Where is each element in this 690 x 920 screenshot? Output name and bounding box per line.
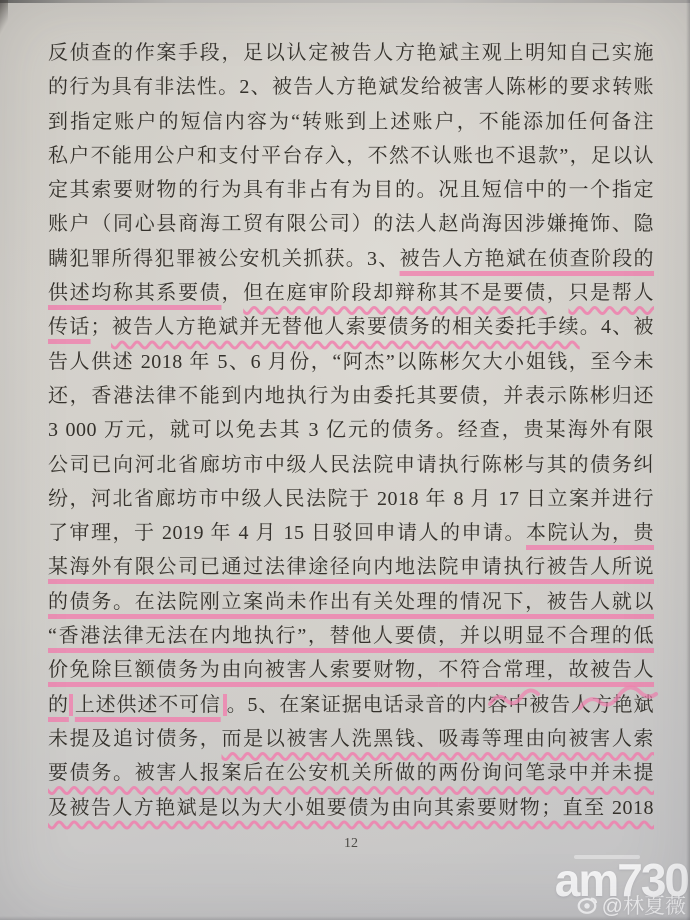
text-segment: ， <box>547 282 569 304</box>
highlighted-text-segment: 而是以被害人洗黑钱、吸毒等理由向被害人索 <box>221 728 654 750</box>
watermark: am730 @林夏薇 <box>555 855 688 920</box>
document-line: 账户（同心县商海工贸有限公司）的法人赵尚海因涉嫌掩饰、隐 <box>48 207 654 241</box>
document-text: 反侦查的作案手段，足以认定被告人方艳斌主观上明知自己实施的行为具有非法性。2、被… <box>48 36 654 825</box>
document-line: 价免除巨额债务为由向被害人索要财物，不符合常理，故被告人 <box>48 653 654 687</box>
photo-edge-bottom <box>0 916 690 920</box>
document-line: 某海外有限公司已通过法律途径向内地法院申请执行被告人所说 <box>48 550 654 584</box>
highlighted-text-segment: 及被告人方艳斌是以为大小姐要债为由向其索要财物；直至 2018 <box>48 797 654 819</box>
text-segment: 纷，河北省廊坊市中级人民法院于 2018 年 8 月 17 日立案并进行 <box>48 488 654 510</box>
text-segment: 了审理，于 2019 年 4 月 15 日驳回申请人的申请。 <box>48 522 526 544</box>
text-segment: 3 000 万元，就可以免去其 3 亿元的债务。经查，贵某海外有限 <box>48 419 654 441</box>
highlighted-text-segment: 传话 <box>48 316 91 338</box>
document-line: 还，香港法律不能到内地执行为由委托其要债，并表示陈彬归还 <box>48 379 654 413</box>
photo-corner-shadow <box>0 0 8 36</box>
text-segment: 。4、被 <box>580 316 654 338</box>
highlighted-text-segment: 上述供述不可信 <box>69 694 227 716</box>
document-line: 公司已向河北省廊坊市中级人民法院申请执行陈彬与其的债务纠 <box>48 448 654 482</box>
text-segment: 还，香港法律不能到内地执行为由委托其要债，并表示陈彬归还 <box>48 385 654 407</box>
text-segment: 账户（同心县商海工贸有限公司）的法人赵尚海因涉嫌掩饰、隐 <box>48 213 654 235</box>
document-line: 的上述供述不可信。5、在案证据电话录音的内容中被告人方艳斌 <box>48 688 654 722</box>
document-line: 定其索要财物的行为具有非占有为目的。况且短信中的一个指定 <box>48 173 654 207</box>
document-line: 的债务。在法院刚立案尚未作出有关处理的情况下，被告人就以 <box>48 585 654 619</box>
text-segment: 定其索要财物的行为具有非占有为目的。况且短信中的一个指定 <box>48 179 654 201</box>
text-segment: 私户不能用公户和支付平台存入，不然不认账也不退款”，足以认 <box>48 145 654 167</box>
text-segment: 公司已向河北省廊坊市中级人民法院申请执行陈彬与其的债务纠 <box>48 454 654 476</box>
document-line: 及被告人方艳斌是以为大小姐要债为由向其索要财物；直至 2018 <box>48 791 654 825</box>
document-line: 私户不能用公户和支付平台存入，不然不认账也不退款”，足以认 <box>48 139 654 173</box>
text-segment: 。5、在案证据电话录音的内容中被告人方艳斌 <box>227 694 654 716</box>
watermark-tagline-bar <box>574 855 640 859</box>
document-line: 3 000 万元，就可以免去其 3 亿元的债务。经查，贵某海外有限 <box>48 413 654 447</box>
highlighted-text-segment: 被告人方艳斌并无替他人索要债务的相关委托手续 <box>111 316 580 338</box>
text-segment: 到指定账户的短信内容为“转账到上述账户，不能添加任何备注 <box>48 111 654 133</box>
document-line: “香港法律无法在内地执行”，替他人要债，并以明显不合理的低 <box>48 619 654 653</box>
photo-edge-top <box>0 0 690 3</box>
text-segment: ； <box>91 316 112 338</box>
highlighted-text-segment: 某海外有限公司已通过法律途径向内地法院申请执行被告人所说 <box>48 556 654 578</box>
highlighted-text-segment: 要债务。被害人报案后在公安机关所做的两份询问笔录中并未提 <box>48 762 654 784</box>
highlighted-text-segment: 的债务。在法院刚立案尚未作出有关处理的情况下，被告人就以 <box>48 591 654 613</box>
highlighted-text-segment: 不符合常理，故被告人 <box>438 659 654 681</box>
document-photo: 反侦查的作案手段，足以认定被告人方艳斌主观上明知自己实施的行为具有非法性。2、被… <box>0 0 690 920</box>
document-line: 瞒犯罪所得犯罪被公安机关抓获。3、被告人方艳斌在侦查阶段的 <box>48 242 654 276</box>
document-line: 未提及追讨债务，而是以被害人洗黑钱、吸毒等理由向被害人索 <box>48 722 654 756</box>
highlighted-text-segment: 本院认为，贵 <box>526 522 654 544</box>
highlighted-text-segment: 供述均称其系要债 <box>48 282 221 304</box>
text-segment: 反侦查的作案手段，足以认定被告人方艳斌主观上明知自己实施 <box>48 42 654 64</box>
photo-edge-right <box>686 0 690 920</box>
page-number: 12 <box>48 836 654 852</box>
document-line: 到指定账户的短信内容为“转账到上述账户，不能添加任何备注 <box>48 105 654 139</box>
text-segment: 的行为具有非法性。2、被告人方艳斌发给被害人陈彬的要求转账 <box>48 76 654 98</box>
document-line: 的行为具有非法性。2、被告人方艳斌发给被害人陈彬的要求转账 <box>48 70 654 104</box>
text-segment: 瞒犯罪所得犯罪被公安机关抓获。3、 <box>48 248 400 270</box>
watermark-brand-logo: am730 <box>555 861 688 899</box>
highlighted-text-segment: 只是帮人 <box>568 282 654 304</box>
document-line: 纷，河北省廊坊市中级人民法院于 2018 年 8 月 17 日立案并进行 <box>48 482 654 516</box>
text-segment: ， <box>221 282 243 304</box>
document-line: 告人供述 2018 年 5、6 月份，“阿杰”以陈彬欠大小姐钱，至今未 <box>48 345 654 379</box>
highlighted-text-segment: “香港法律无法在内地执行”，替他人要债，并以明显不合理的低 <box>48 625 654 647</box>
highlighted-text-segment: 的 <box>48 694 69 716</box>
highlighted-text-segment: 价免除巨额债务为由向被害人索要财物， <box>48 659 438 681</box>
highlighted-text-segment: 被告人方艳斌在侦查阶段的 <box>400 248 654 270</box>
document-line: 了审理，于 2019 年 4 月 15 日驳回申请人的申请。本院认为，贵 <box>48 516 654 550</box>
document-line: 供述均称其系要债，但在庭审阶段却辩称其不是要债，只是帮人 <box>48 276 654 310</box>
document-line: 要债务。被害人报案后在公安机关所做的两份询问笔录中并未提 <box>48 756 654 790</box>
document-line: 传话；被告人方艳斌并无替他人索要债务的相关委托手续。4、被 <box>48 310 654 344</box>
text-segment: 未提及追讨债务， <box>48 728 221 750</box>
document-line: 反侦查的作案手段，足以认定被告人方艳斌主观上明知自己实施 <box>48 36 654 70</box>
weibo-eye-icon <box>576 894 598 916</box>
text-segment: 告人供述 2018 年 5、6 月份，“阿杰”以陈彬欠大小姐钱，至今未 <box>48 351 654 373</box>
highlighted-text-segment: 但在庭审阶段却辩称其不是要债 <box>243 282 547 304</box>
